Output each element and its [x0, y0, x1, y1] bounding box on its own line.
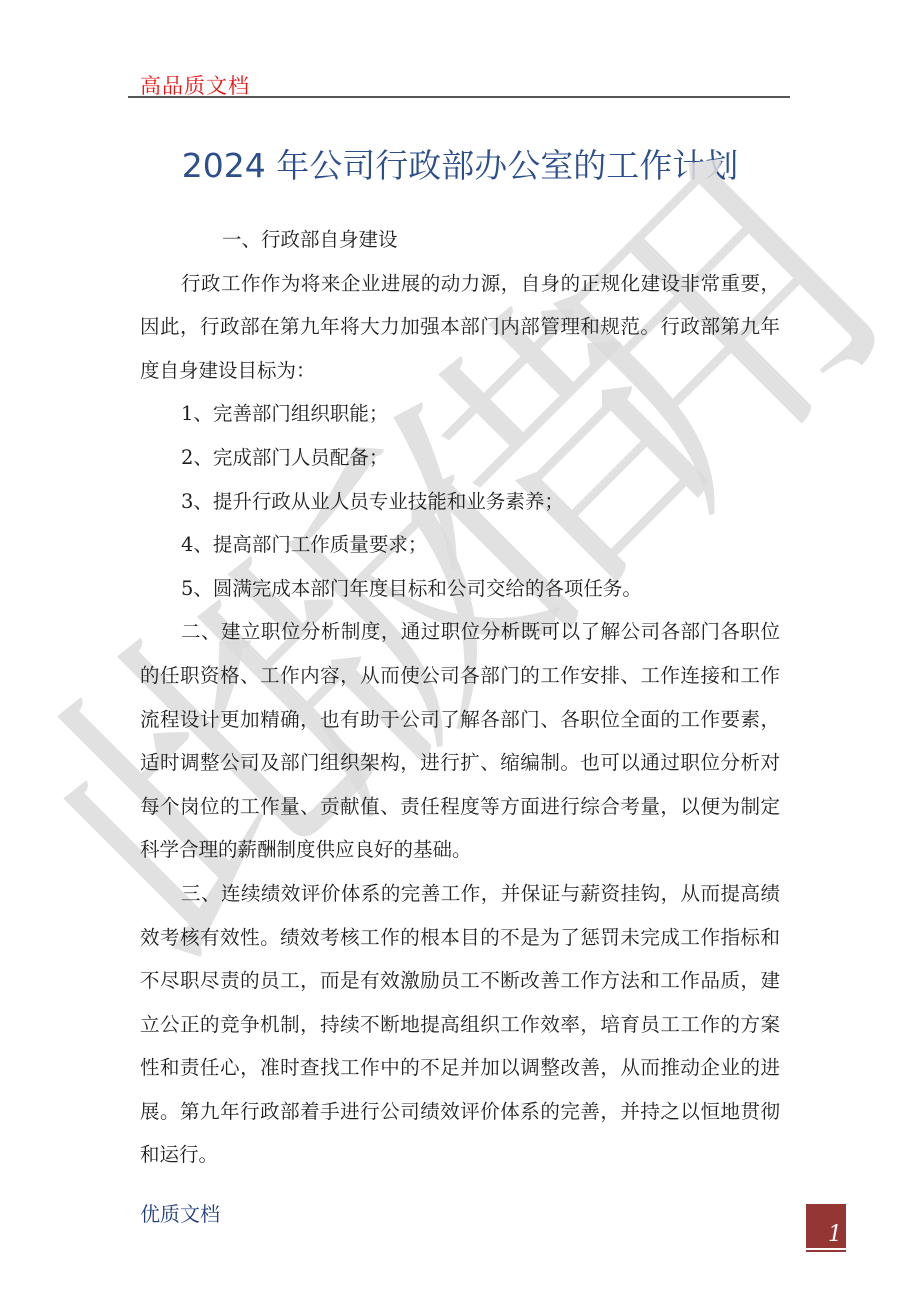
section-heading: 一、行政部自身建设	[140, 218, 780, 262]
goal-item: 5、圆满完成本部门年度目标和公司交给的各项任务。	[140, 567, 780, 611]
page-badge-underline	[806, 1250, 846, 1252]
header-divider	[128, 96, 790, 98]
paragraph: 三、连续绩效评价体系的完善工作，并保证与薪资挂钩，从而提高绩效考核有效性。绩效考…	[140, 872, 780, 1177]
document-body: 一、行政部自身建设 行政工作作为将来企业进展的动力源，自身的正规化建设非常重要，…	[140, 218, 780, 1177]
document-title: 2024 年公司行政部办公室的工作计划	[0, 140, 920, 187]
goal-item: 3、提升行政从业人员专业技能和业务素养；	[140, 480, 780, 524]
page-number-badge: 1	[806, 1204, 846, 1248]
page-number: 1	[828, 1224, 842, 1246]
goal-item: 1、完善部门组织职能；	[140, 392, 780, 436]
goal-item: 4、提高部门工作质量要求；	[140, 523, 780, 567]
paragraph: 行政工作作为将来企业进展的动力源，自身的正规化建设非常重要，因此，行政部在第九年…	[140, 262, 780, 393]
document-page: 高品质文档 2024 年公司行政部办公室的工作计划 此 版 借 用 一、行政部自…	[0, 0, 920, 1302]
footer-brand: 优质文档	[140, 1198, 220, 1227]
paragraph: 二、建立职位分析制度，通过职位分析既可以了解公司各部门各职位的任职资格、工作内容…	[140, 610, 780, 872]
goal-item: 2、完成部门人员配备；	[140, 436, 780, 480]
